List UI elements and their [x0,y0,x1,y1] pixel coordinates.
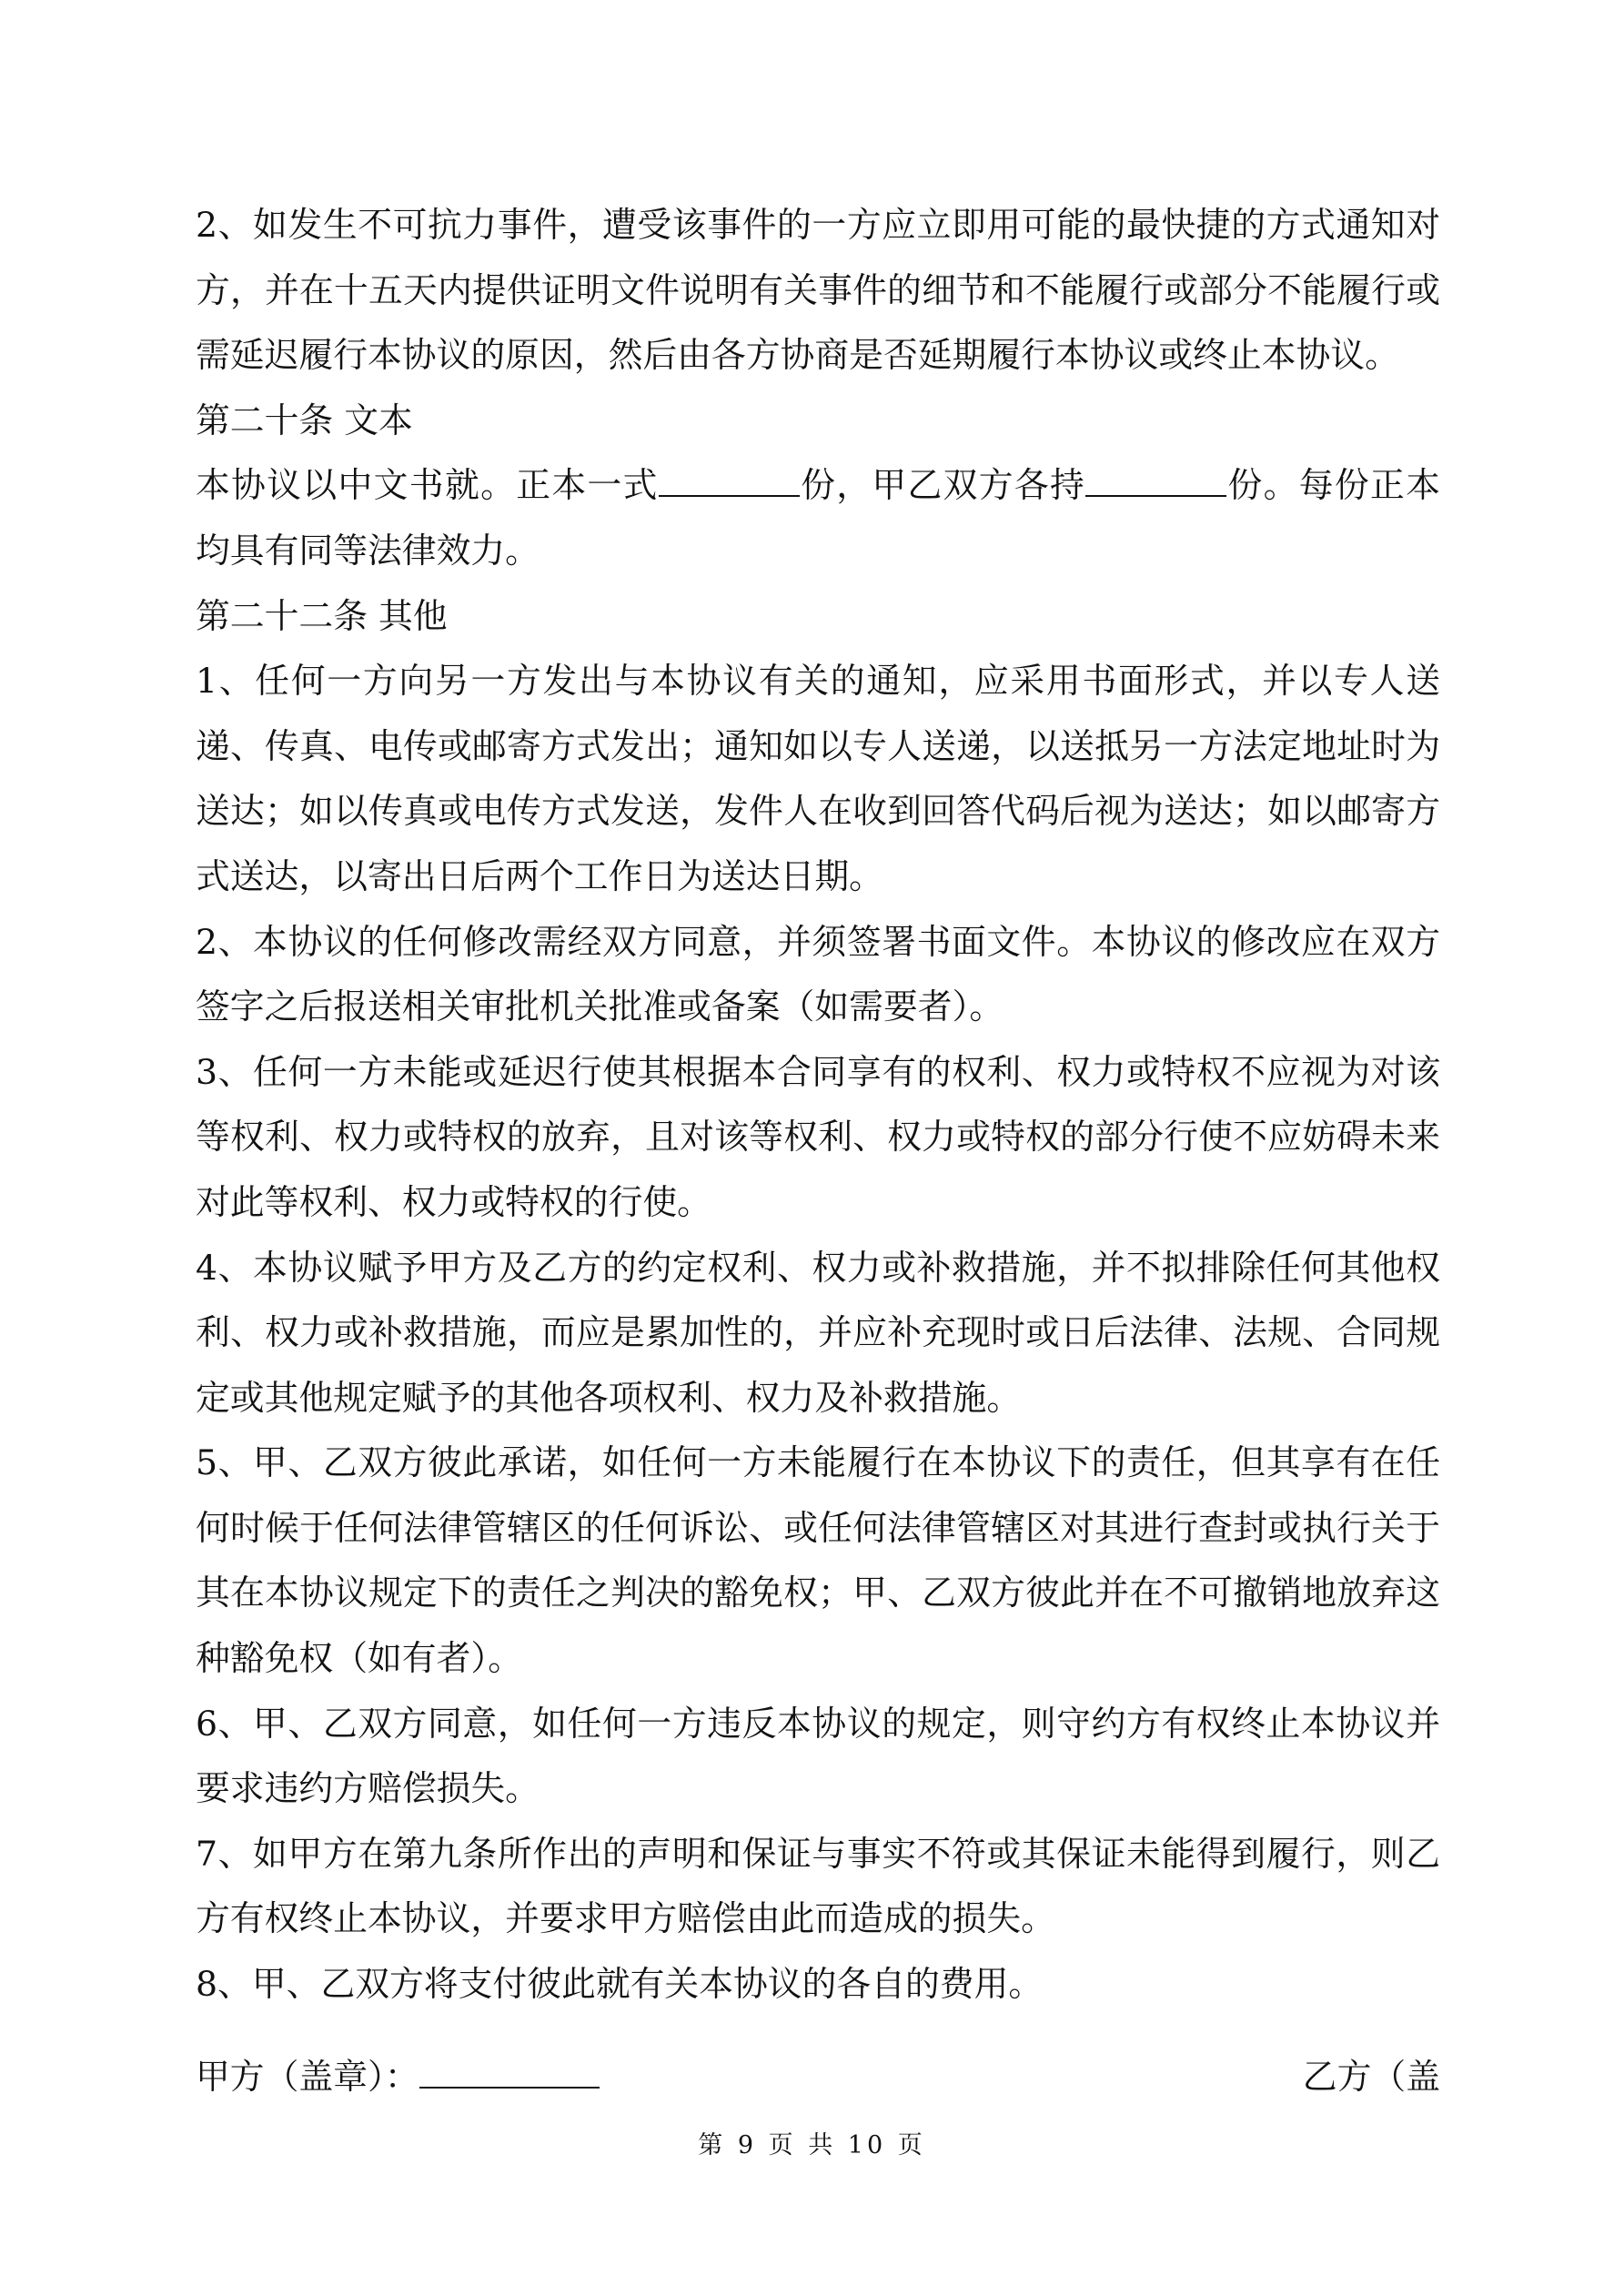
signature-row: 甲方（盖章）： 乙方（盖 [196,2044,1440,2109]
other-clause-2: 2、本协议的任何修改需经双方同意，并须签署书面文件。本协议的修改应在双方签字之后… [196,910,1440,1040]
page-number: 第 9 页 共 10 页 [0,2128,1624,2164]
each-party-copies-blank[interactable] [1085,460,1226,498]
copies-text-part2: 份，甲乙双方各持 [800,465,1085,505]
total-copies-blank[interactable] [659,460,800,498]
other-clause-5: 5、甲、乙双方彼此承诺，如任何一方未能履行在本协议下的责任，但其享有在任何时候于… [196,1431,1440,1691]
article-22-heading: 第二十二条 其他 [196,584,1440,650]
other-clause-1: 1、任何一方向另一方发出与本协议有关的通知，应采用书面形式，并以专人送递、传真、… [196,649,1440,909]
other-clause-3: 3、任何一方未能或延迟行使其根据本合同享有的权利、权力或特权不应视为对该等权利、… [196,1040,1440,1236]
party-b-label: 乙方（盖 [1303,2057,1440,2097]
force-majeure-clause-2: 2、如发生不可抗力事件，遭受该事件的一方应立即用可能的最快捷的方式通知对方，并在… [196,193,1440,389]
article-20-heading: 第二十条 文本 [196,389,1440,454]
document-page: 2、如发生不可抗力事件，遭受该事件的一方应立即用可能的最快捷的方式通知对方，并在… [0,0,1624,2296]
article-20-text: 本协议以中文书就。正本一式份，甲乙双方各持份。每份正本均具有同等法律效力。 [196,453,1440,583]
copies-text-part1: 本协议以中文书就。正本一式 [196,465,659,505]
party-a-seal-blank[interactable] [419,2050,600,2089]
other-clause-6: 6、甲、乙双方同意，如任何一方违反本协议的规定，则守约方有权终止本协议并要求违约… [196,1692,1440,1822]
other-clause-8: 8、甲、乙双方将支付彼此就有关本协议的各自的费用。 [196,1952,1440,2018]
party-a-label: 甲方（盖章）： [196,2057,419,2097]
other-clause-7: 7、如甲方在第九条所作出的声明和保证与事实不符或其保证未能得到履行，则乙方有权终… [196,1822,1440,1952]
party-a-signature: 甲方（盖章）： [196,2044,600,2109]
other-clause-4: 4、本协议赋予甲方及乙方的约定权利、权力或补救措施，并不拟排除任何其他权利、权力… [196,1236,1440,1431]
party-b-signature: 乙方（盖 [1303,2044,1440,2109]
document-body: 2、如发生不可抗力事件，遭受该事件的一方应立即用可能的最快捷的方式通知对方，并在… [196,193,1440,2018]
